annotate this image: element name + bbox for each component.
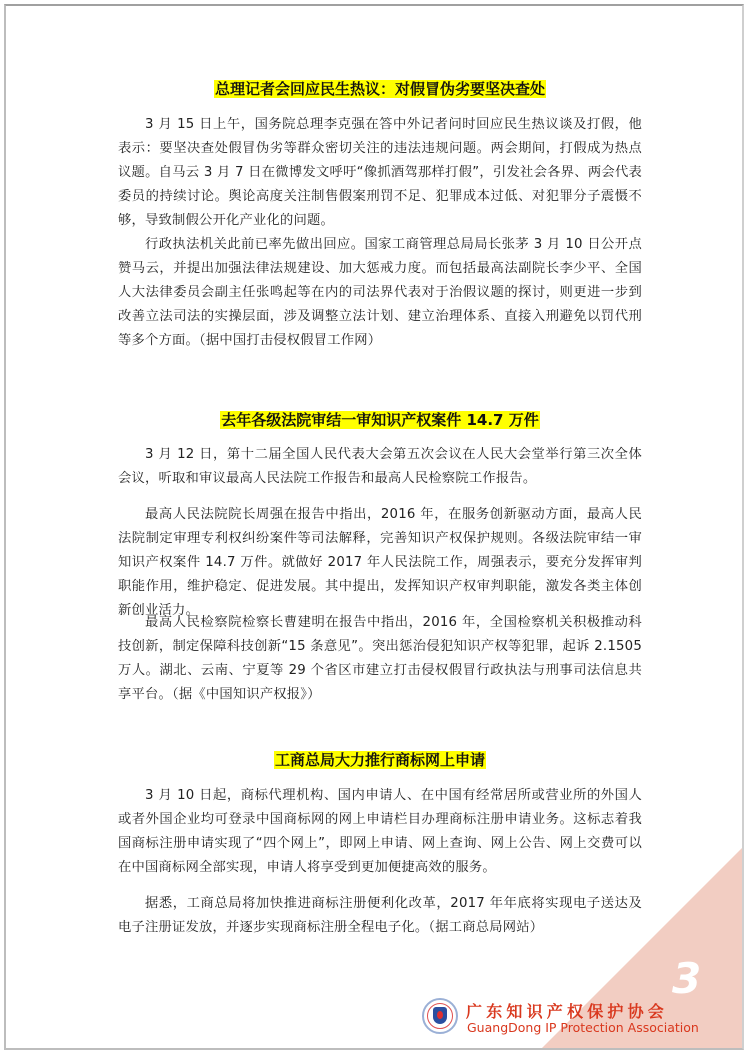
article-1-title: 总理记者会回应民生热议：对假冒伪劣要坚决查处: [118, 80, 642, 98]
article-3-title: 工商总局大力推行商标网上申请: [118, 751, 642, 769]
article-2-title: 去年各级法院审结一审知识产权案件 14.7 万件: [118, 411, 642, 429]
article-2-paragraph-1: 3 月 12 日，第十二届全国人民代表大会第五次会议在人民大会堂举行第三次全体会…: [118, 443, 642, 491]
article-2-paragraph-3: 最高人民检察院检察长曹建明在报告中指出，2016 年，全国检察机关积极推动科技创…: [118, 611, 642, 707]
org-name-english: GuangDong IP Protection Association: [467, 1020, 699, 1035]
article-2-paragraph-2: 最高人民法院院长周强在报告中指出，2016 年，在服务创新驱动方面，最高人民法院…: [118, 503, 642, 623]
org-name-chinese: 广东知识产权保护协会: [466, 999, 668, 1022]
emblem-mark: [437, 1011, 443, 1019]
article-3-paragraph-2: 据悉，工商总局将加快推进商标注册便利化改革，2017 年年底将实现电子送达及电子…: [118, 892, 642, 940]
article-1-paragraph-1: 3 月 15 日上午，国务院总理李克强在答中外记者问时回应民生热议谈及打假，他表…: [118, 113, 642, 233]
association-emblem-icon: [422, 998, 458, 1034]
article-3-title-text: 工商总局大力推行商标网上申请: [274, 751, 486, 769]
page-number: 3: [672, 958, 701, 1000]
article-2-title-text: 去年各级法院审结一审知识产权案件 14.7 万件: [220, 411, 539, 429]
article-3-paragraph-1: 3 月 10 日起，商标代理机构、国内申请人、在中国有经常居所或营业所的外国人或…: [118, 784, 642, 880]
article-1-title-text: 总理记者会回应民生热议：对假冒伪劣要坚决查处: [214, 80, 546, 98]
document-page: 总理记者会回应民生热议：对假冒伪劣要坚决查处 3 月 15 日上午，国务院总理李…: [4, 4, 744, 1050]
article-1-paragraph-2: 行政执法机关此前已率先做出回应。国家工商管理总局局长张茅 3 月 10 日公开点…: [118, 233, 642, 353]
